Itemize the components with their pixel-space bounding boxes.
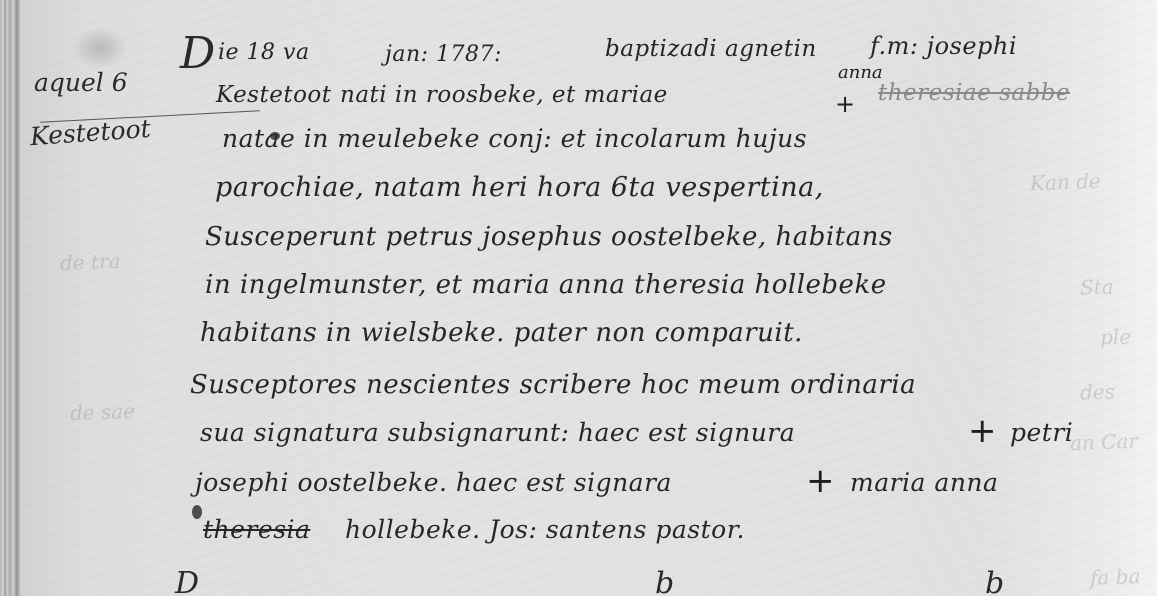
manuscript-page: Kan de Sta ple des an Car de tra de sae …: [0, 0, 1157, 596]
next-entry-initial: D: [175, 566, 199, 596]
entry-line-3: natae in meulebeke conj: et incolarum hu…: [222, 124, 807, 153]
entry-line-10b: maria anna: [850, 468, 998, 497]
decorated-initial: D: [180, 28, 215, 79]
entry-date: jan: 1787:: [385, 42, 502, 67]
signature-cross-icon: +: [968, 414, 997, 448]
book-gutter: [0, 0, 22, 596]
bleed-through-text: Sta: [1080, 274, 1114, 299]
next-entry-fragment: b: [985, 566, 1004, 596]
bleed-through-text: ple: [1100, 324, 1132, 349]
entry-line-5: Susceperunt petrus josephus oostelbeke, …: [205, 222, 893, 252]
bleed-through-text: des: [1080, 379, 1116, 404]
margin-note-line1: aquel 6: [34, 68, 128, 97]
bleed-through-text: de sae: [70, 399, 136, 425]
entry-line-6: in ingelmunster, et maria anna theresia …: [205, 270, 887, 300]
ink-smudge: [192, 505, 202, 519]
entry-line-10a: josephi oostelbeke. haec est signara: [195, 468, 672, 497]
bleed-through-text: Kan de: [1030, 169, 1102, 195]
entry-line-2a: Kestetoot: [216, 82, 332, 108]
bleed-through-text: an Car: [1070, 429, 1139, 455]
entry-line-1d: f.m: josephi: [870, 32, 1017, 60]
entry-line-8: Susceptores nescientes scribere hoc meum…: [190, 370, 916, 400]
entry-line-11a: theresia: [203, 515, 310, 544]
entry-line-1a: ie 18 va: [218, 40, 310, 65]
bleed-through-text: de tra: [60, 249, 121, 275]
entry-line-4: parochiae, natam heri hora 6ta vespertin…: [215, 172, 824, 203]
bleed-through-text: fa ba: [1090, 564, 1141, 590]
ink-smudge: [270, 132, 280, 140]
entry-line-2b: nati in roosbeke, et mariae: [340, 82, 668, 108]
struck-through-text: theresiae sabbe: [878, 80, 1070, 106]
entry-line-9a: sua signatura subsignarunt: haec est sig…: [200, 418, 795, 447]
interlinear-insert: anna: [838, 62, 883, 83]
signature-cross-icon: +: [806, 464, 835, 498]
entry-line-1c: baptizadi agnetin: [605, 36, 817, 62]
entry-line-7: habitans in wielsbeke. pater non comparu…: [200, 318, 803, 348]
insertion-mark-icon: +: [835, 92, 855, 116]
next-entry-fragment: b: [655, 566, 674, 596]
entry-line-11b: hollebeke. Jos: santens pastor.: [345, 515, 745, 544]
entry-line-9b: petri: [1010, 418, 1073, 447]
